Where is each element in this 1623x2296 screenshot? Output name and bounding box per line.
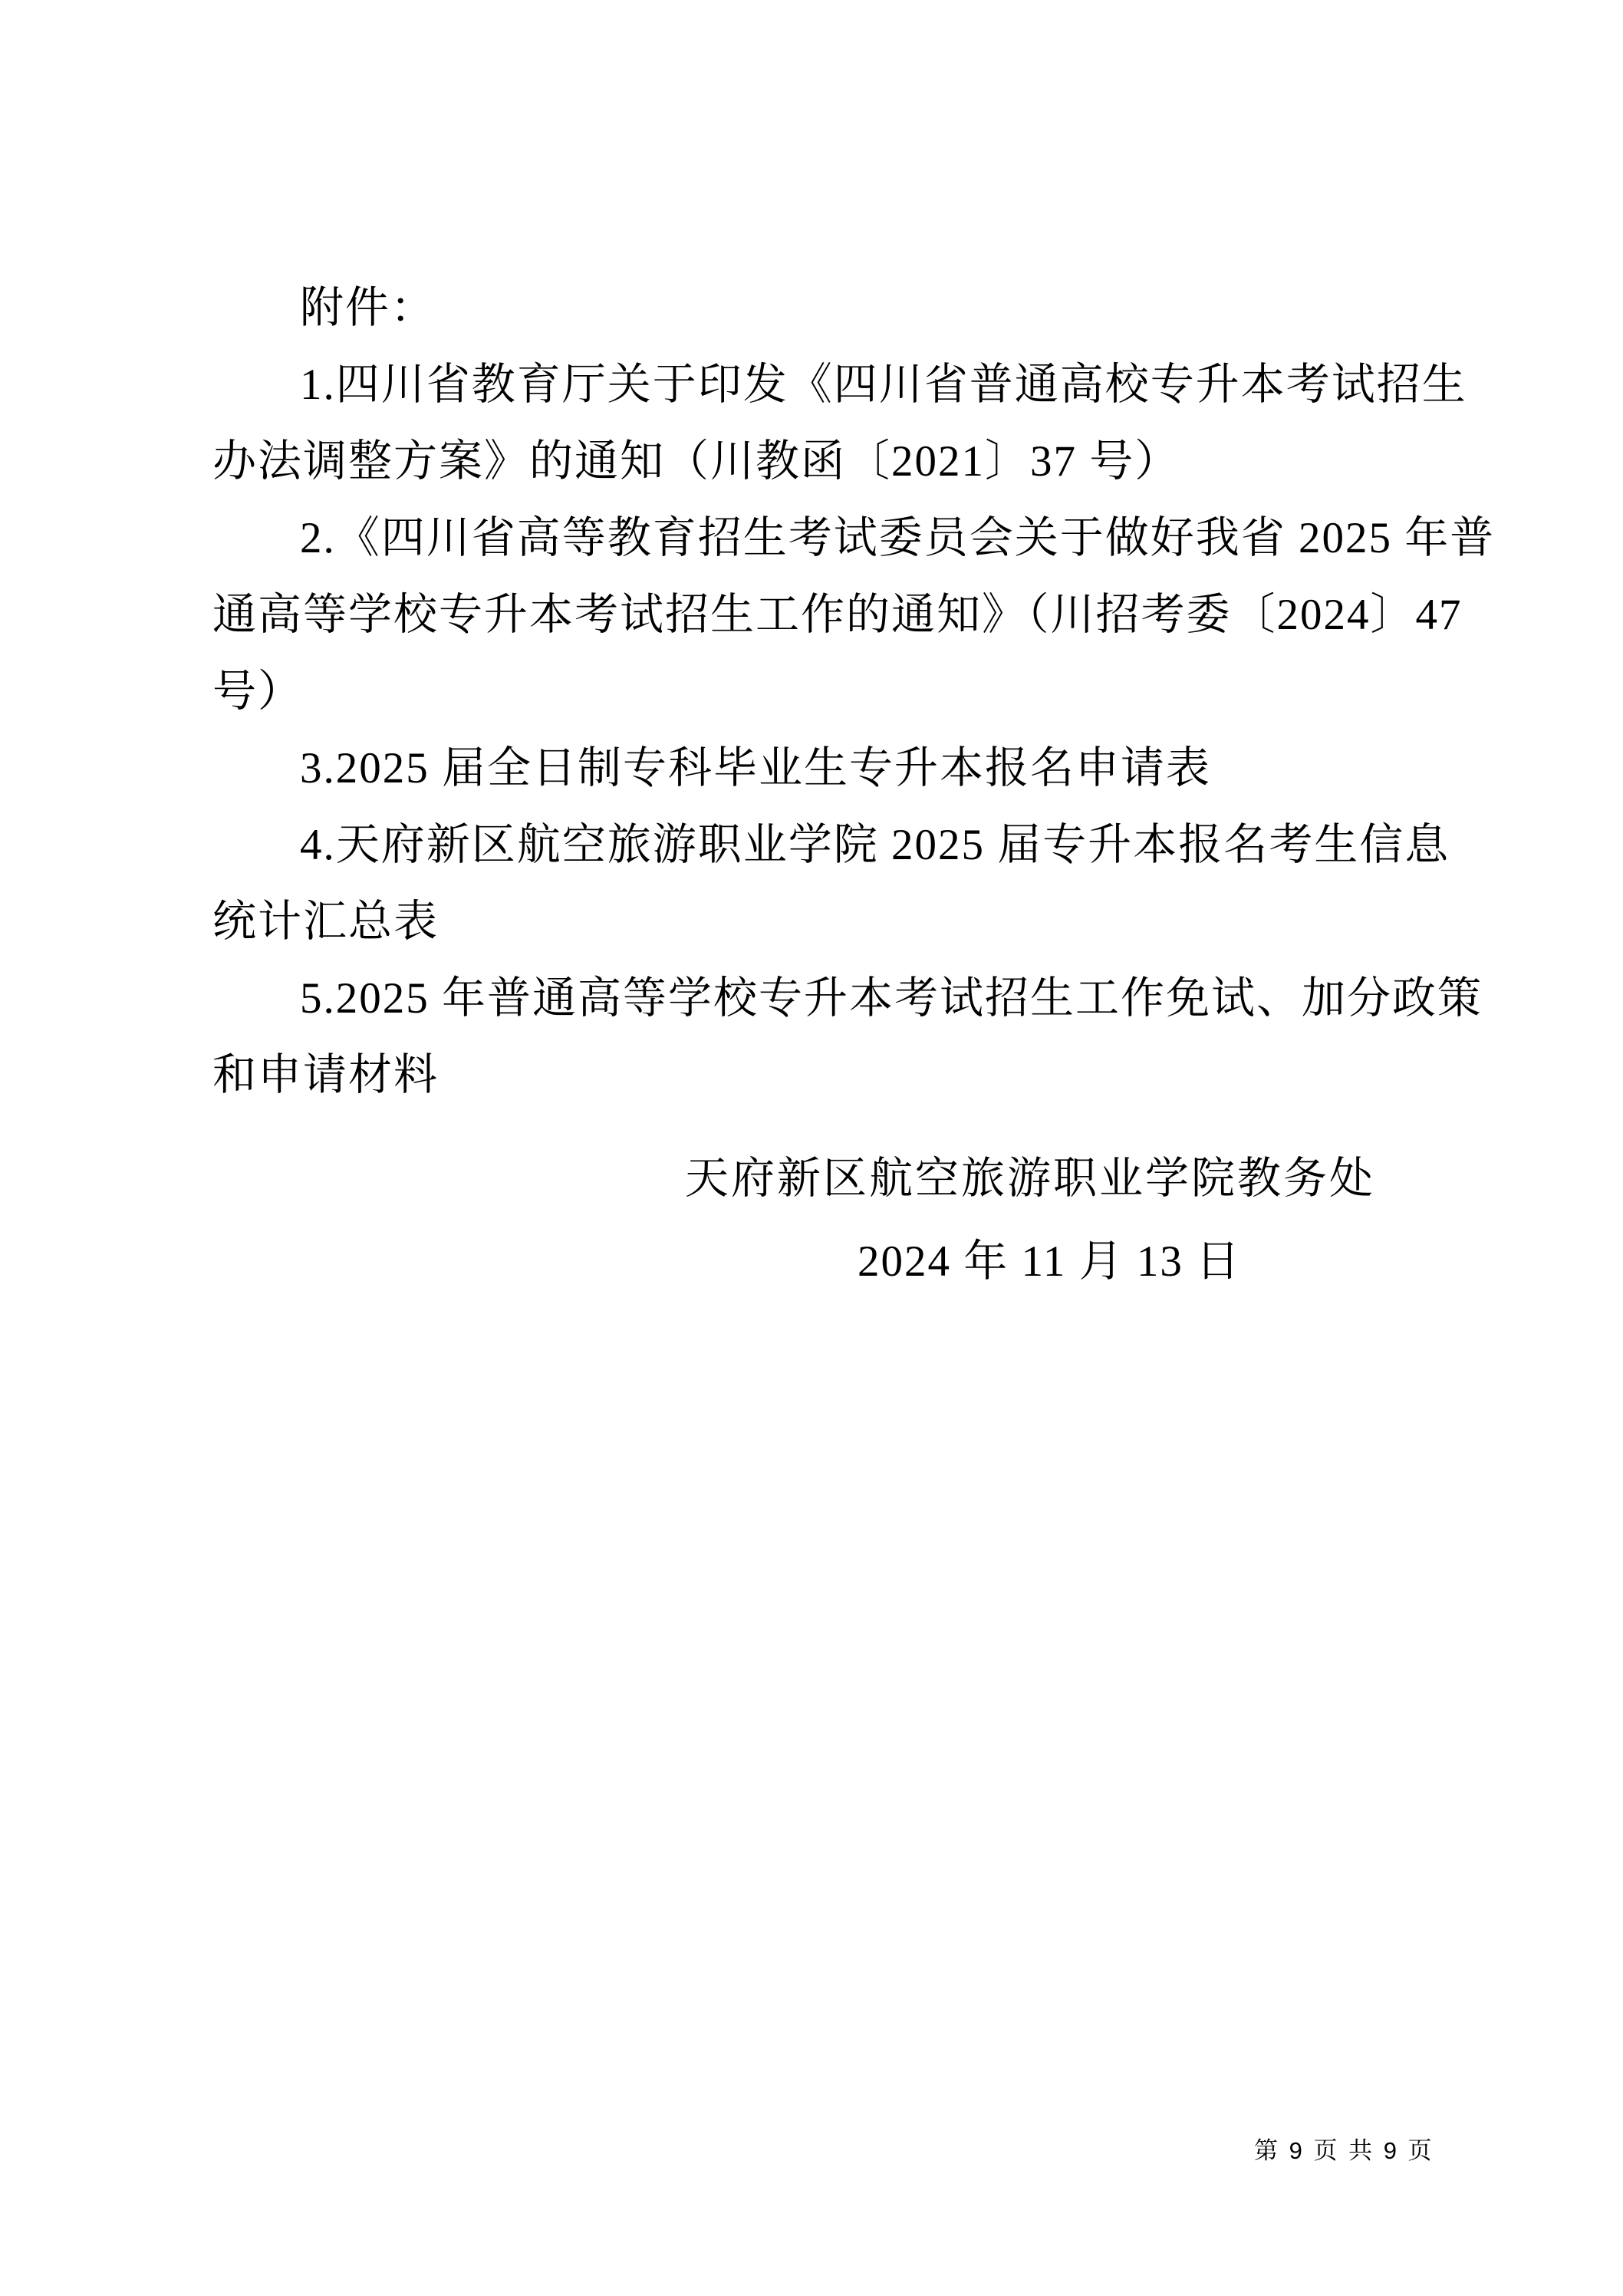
attachment-item-2-line-2: 通高等学校专升本考试招生工作的通知》（川招考委〔2024〕47 xyxy=(212,577,1449,654)
issuing-department-signature: 天府新区航空旅游职业学院教务处 xyxy=(685,1143,1375,1206)
issue-date: 2024 年 11 月 13 日 xyxy=(858,1226,1241,1289)
document-page: 附件： 1.四川省教育厅关于印发《四川省普通高校专升本考试招生 办法调整方案》的… xyxy=(0,0,1623,2296)
attachment-item-4-line-1: 4.天府新区航空旅游职业学院 2025 届专升本报名考生信息 xyxy=(212,807,1449,884)
attachment-item-4-line-2: 统计汇总表 xyxy=(212,884,1449,960)
attachment-item-2-line-1: 2.《四川省高等教育招生考试委员会关于做好我省 2025 年普 xyxy=(212,500,1449,577)
attachment-item-3: 3.2025 届全日制专科毕业生专升本报名申请表 xyxy=(212,730,1449,807)
attachment-item-2-line-3: 号） xyxy=(212,654,1449,730)
attachment-item-1-line-2: 办法调整方案》的通知（川教函〔2021〕37 号） xyxy=(212,423,1449,500)
attachment-item-5-line-2: 和申请材料 xyxy=(212,1037,1449,1114)
attachment-item-5-line-1: 5.2025 年普通高等学校专升本考试招生工作免试、加分政策 xyxy=(212,960,1449,1037)
attachment-item-1-line-1: 1.四川省教育厅关于印发《四川省普通高校专升本考试招生 xyxy=(212,347,1449,423)
attachments-heading: 附件： xyxy=(212,270,1449,347)
page-number-footer: 第 9 页 共 9 页 xyxy=(1254,2131,1434,2166)
attachments-list: 附件： 1.四川省教育厅关于印发《四川省普通高校专升本考试招生 办法调整方案》的… xyxy=(212,270,1449,1114)
